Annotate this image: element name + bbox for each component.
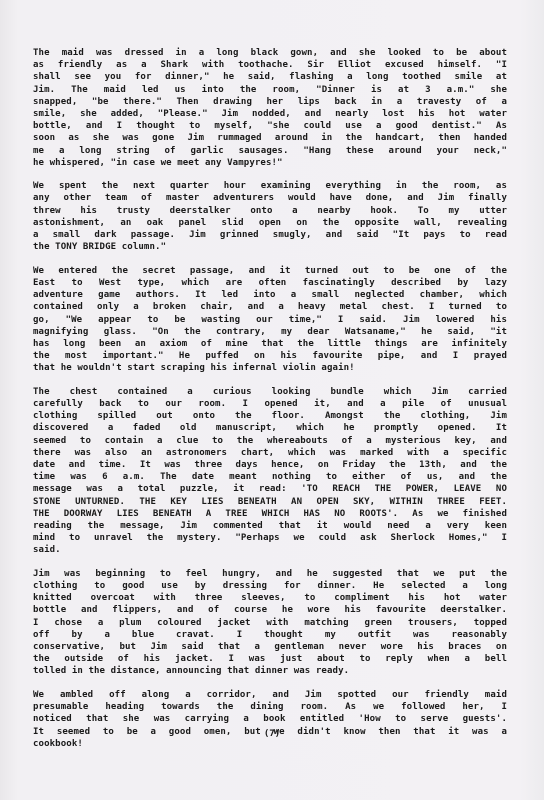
text-line: Jim. The maid led us into the room, "Din… <box>33 84 507 96</box>
text-line: has long been an axiom of mine that the … <box>33 338 507 350</box>
text-line: soon as she was gone Jim rummaged around… <box>33 132 507 144</box>
text-line: We entered the secret passage, and it tu… <box>33 265 507 277</box>
text-line: the TONY BRIDGE column." <box>33 241 507 253</box>
text-line: bottle and flippers, and of course he wo… <box>33 604 507 616</box>
text-line: shall see you for dinner," he said, flas… <box>33 71 507 83</box>
paragraph: The maid was dressed in a long black gow… <box>33 47 507 169</box>
text-line: The maid was dressed in a long black gow… <box>33 47 507 59</box>
paragraph: The chest contained a curious looking bu… <box>33 386 507 557</box>
paragraph: We entered the secret passage, and it tu… <box>33 265 507 375</box>
text-line: THE DOORWAY LIES BENEATH A TREE WHICH HA… <box>33 508 507 520</box>
text-line: magnifying glass. "On the contrary, my d… <box>33 326 507 338</box>
text-line: date and time. It was three days hence, … <box>33 459 507 471</box>
text-line: reading the message, Jim commented that … <box>33 520 507 532</box>
text-line: snapped, "be there." Then drawing her li… <box>33 96 507 108</box>
text-line: conservative, but Jim said that a gentle… <box>33 641 507 653</box>
text-line: time was 6 a.m. The date meant nothing t… <box>33 471 507 483</box>
text-line: contained only a broken chair, and a hea… <box>33 301 507 313</box>
text-line: go, "We appear to be wasting our time," … <box>33 314 507 326</box>
paragraph: We ambled off along a corridor, and Jim … <box>33 689 507 750</box>
text-line: clothing to good use by dressing for din… <box>33 580 507 592</box>
text-line: a small dark passage. Jim grinned smugly… <box>33 229 507 241</box>
text-line: noticed that she was carrying a book ent… <box>33 713 507 725</box>
text-line: East to West type, which are often fasci… <box>33 277 507 289</box>
text-line: me a long string of garlic sausages. "Ha… <box>33 145 507 157</box>
text-line: any other team of master adventurers wou… <box>33 192 507 204</box>
text-line: knitted overcoat with three sleeves, to … <box>33 592 507 604</box>
text-line: presumable heading towards the dining ro… <box>33 701 507 713</box>
paragraph: We spent the next quarter hour examining… <box>33 180 507 253</box>
text-line: off by a blue cravat. I thought my outfi… <box>33 629 507 641</box>
text-line: We ambled off along a corridor, and Jim … <box>33 689 507 701</box>
text-line: the outside of his jacket. I was just ab… <box>33 653 507 665</box>
text-line: he whispered, "in case we meet any Vampy… <box>33 157 507 169</box>
text-line: STONE UNTURNED. THE KEY LIES BENEATH AN … <box>33 496 507 508</box>
document-page: The maid was dressed in a long black gow… <box>0 0 544 800</box>
text-line: there was also an astronomers chart, whi… <box>33 447 507 459</box>
text-line: smile, she added, "Please." Jim nodded, … <box>33 108 507 120</box>
text-line: mind to unravel the mystery. "Perhaps we… <box>33 532 507 544</box>
text-line: discovered a faded old manuscript, which… <box>33 422 507 434</box>
text-line: message was a total puzzle, it read: 'TO… <box>33 483 507 495</box>
text-line: I chose a plum coloured jacket with matc… <box>33 617 507 629</box>
text-line: the most important." He puffed on his fa… <box>33 350 507 362</box>
text-line: said. <box>33 544 507 556</box>
text-line: We spent the next quarter hour examining… <box>33 180 507 192</box>
text-line: astonishment, an oak panel slid open on … <box>33 217 507 229</box>
text-line: threw his trusty deerstalker onto a near… <box>33 205 507 217</box>
page-number: (7) <box>0 729 544 739</box>
text-line: cookbook! <box>33 738 507 750</box>
text-line: tolled in the distance, announcing that … <box>33 665 507 677</box>
paragraph: Jim was beginning to feel hungry, and he… <box>33 568 507 678</box>
text-line: The chest contained a curious looking bu… <box>33 386 507 398</box>
story-text: The maid was dressed in a long black gow… <box>33 47 507 761</box>
text-line: carefully back to our room. I opened it,… <box>33 398 507 410</box>
text-line: clothing spilled out onto the floor. Amo… <box>33 410 507 422</box>
text-line: that he wouldn't start scraping his infe… <box>33 362 507 374</box>
text-line: adventure game authors. It led into a sm… <box>33 289 507 301</box>
text-line: as friendly as a Shark with toothache. S… <box>33 59 507 71</box>
text-line: seemed to contain a clue to the whereabo… <box>33 435 507 447</box>
text-line: bottle, and I thought to myself, "she co… <box>33 120 507 132</box>
text-line: Jim was beginning to feel hungry, and he… <box>33 568 507 580</box>
